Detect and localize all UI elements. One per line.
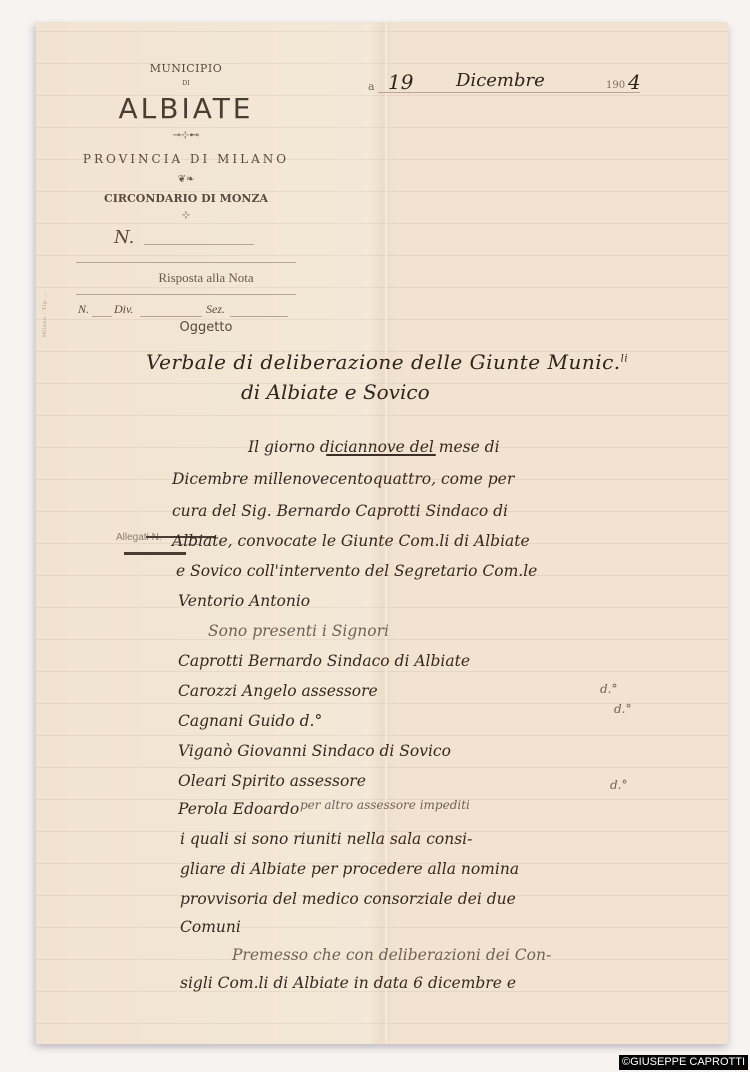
date-year-handwritten: 4 [628, 70, 641, 94]
letterhead-provincia: PROVINCIA DI MILANO [56, 152, 316, 166]
sez-label: Sez. [206, 302, 225, 317]
divider-rule [76, 294, 296, 295]
body-line: sigli Com.li di Albiate in data 6 dicemb… [180, 974, 516, 992]
ditto-mark: d.° [600, 682, 618, 696]
attendee-line: Viganò Giovanni Sindaco di Sovico [178, 742, 451, 760]
date-year-printed: 190 [606, 80, 625, 91]
ornament-star-icon: ⊹ [156, 210, 216, 221]
body-line: Il giorno diciannove del mese di [248, 438, 500, 456]
nota-number-line [92, 316, 112, 317]
margin-note: per altro assessore impediti [300, 798, 470, 812]
body-line: e Sovico coll'intervento del Segretario … [176, 562, 537, 580]
letter-sheet: MUNICIPIO DI ALBIATE ⊸⊹⊷ PROVINCIA DI MI… [36, 22, 728, 1044]
ornament-divider-icon: ⊸⊹⊷ [156, 130, 216, 141]
letterhead-town: ALBIATE [86, 92, 286, 125]
body-line: gliare di Albiate per procedere alla nom… [180, 860, 519, 878]
attendee-line: Cagnani Guido d.° [178, 712, 322, 730]
body-line: Sono presenti i Signori [208, 622, 389, 640]
div-line [140, 316, 202, 317]
divider-rule [76, 262, 296, 263]
attendee-line: Carozzi Angelo assessore [178, 682, 378, 700]
date-prefix: a [368, 80, 375, 93]
subject-line-1-sup: li [621, 353, 628, 364]
protocol-number-line [144, 244, 254, 245]
div-label: Div. [114, 302, 133, 317]
ditto-mark: d.° [614, 702, 632, 716]
pen-flourish [124, 552, 186, 555]
subject-line-1: Verbale di deliberazione delle Giunte Mu… [146, 350, 628, 374]
attendee-line: Perola Edoardo [178, 800, 299, 818]
date-month: Dicembre [456, 70, 545, 91]
printer-mark: Milano - Tip. ... [42, 227, 50, 337]
subject-line-2: di Albiate e Sovico [241, 380, 430, 404]
body-line: Comuni [180, 918, 241, 936]
subject-line-1-text: Verbale di deliberazione delle Giunte Mu… [146, 350, 621, 374]
letterhead-municipio: MUNICIPIO [106, 62, 266, 75]
oggetto-label: Oggetto [96, 320, 316, 335]
body-line: Ventorio Antonio [178, 592, 310, 610]
sez-line [230, 316, 288, 317]
date-line [378, 92, 640, 93]
body-line: Albiate, convocate le Giunte Com.li di A… [172, 532, 530, 550]
attendee-line: Caprotti Bernardo Sindaco di Albiate [178, 652, 470, 670]
body-line: Dicembre millenovecentoquattro, come per [172, 470, 514, 488]
body-line: Premesso che con deliberazioni dei Con- [232, 946, 551, 964]
ornament-leaf-icon: ❦❧ [156, 174, 216, 185]
letterhead-circondario: CIRCONDARIO DI MONZA [76, 192, 296, 205]
letterhead-di: DI [106, 80, 266, 87]
protocol-number-label: N. [114, 227, 134, 248]
body-line: cura del Sig. Bernardo Caprotti Sindaco … [172, 502, 508, 520]
body-line: provvisoria del medico consorziale dei d… [180, 890, 516, 908]
body-line: i quali si sono riuniti nella sala consi… [180, 830, 472, 848]
nota-number-label: N. [78, 302, 89, 317]
risposta-label: Risposta alla Nota [96, 270, 316, 286]
copyright-watermark: ©GIUSEPPE CAPROTTI [619, 1055, 748, 1070]
attendee-line: Oleari Spirito assessore [178, 772, 366, 790]
date-day: 19 [388, 70, 413, 94]
ditto-mark: d.° [610, 778, 628, 792]
